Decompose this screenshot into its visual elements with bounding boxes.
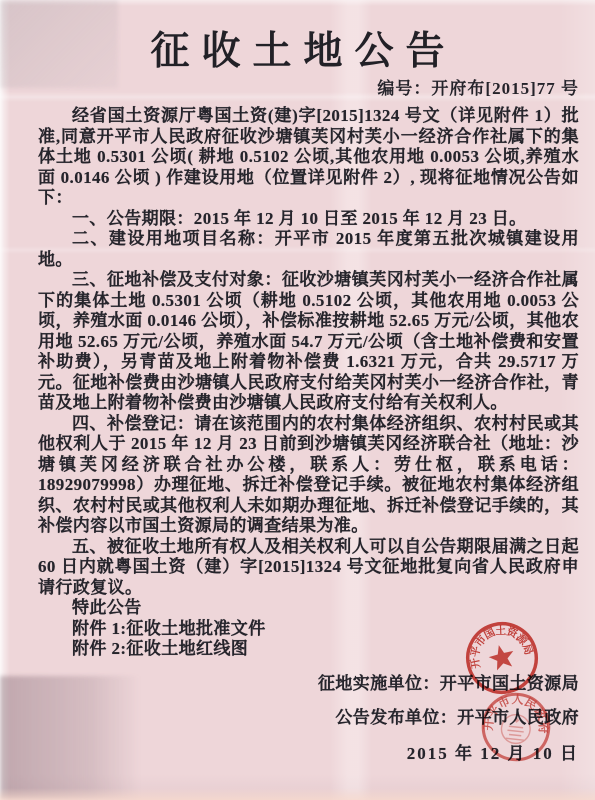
page-title: 征收土地公告 <box>0 20 595 76</box>
national-emblem-icon <box>500 713 531 744</box>
land-expropriation-notice-page: 征收土地公告 编号：开府布[2015]77 号 经省国土资源厅粤国土资(建)字[… <box>0 0 595 800</box>
star-icon <box>487 642 517 671</box>
government-seal: 开平市人民政府 <box>465 676 566 777</box>
svg-text:开平市人民政府: 开平市人民政府 <box>481 690 554 737</box>
document-number: 编号：开府布[2015]77 号 <box>0 74 579 99</box>
scan-edge-bottom <box>0 788 595 800</box>
paragraph-compensation: 三、征地补偿及支付对象：征收沙塘镇芙冈村芙小一经济合作社属下的集体土地 0.53… <box>38 270 579 414</box>
paragraph-notice-period: 一、公告期限：2015 年 12 月 10 日至 2015 年 12 月 23 … <box>38 209 579 230</box>
paragraph-project-name: 二、建设用地项目名称：开平市 2015 年度第五批次城镇建设用地。 <box>38 229 579 270</box>
paragraph-approval: 经省国土资源厅粤国土资(建)字[2015]1324 号文（详见附件 1）批准,同… <box>38 106 579 209</box>
government-seal-text: 开平市人民政府 <box>481 690 554 737</box>
paragraph-registration: 四、补偿登记：请在该范围内的农村集体经济组织、农村村民或其他权利人于 2015 … <box>38 414 579 537</box>
paragraph-review-rights: 五、被征收土地所有权人及相关权利人可以自公告期限届满之日起 60 日内就粤国土资… <box>38 537 579 599</box>
